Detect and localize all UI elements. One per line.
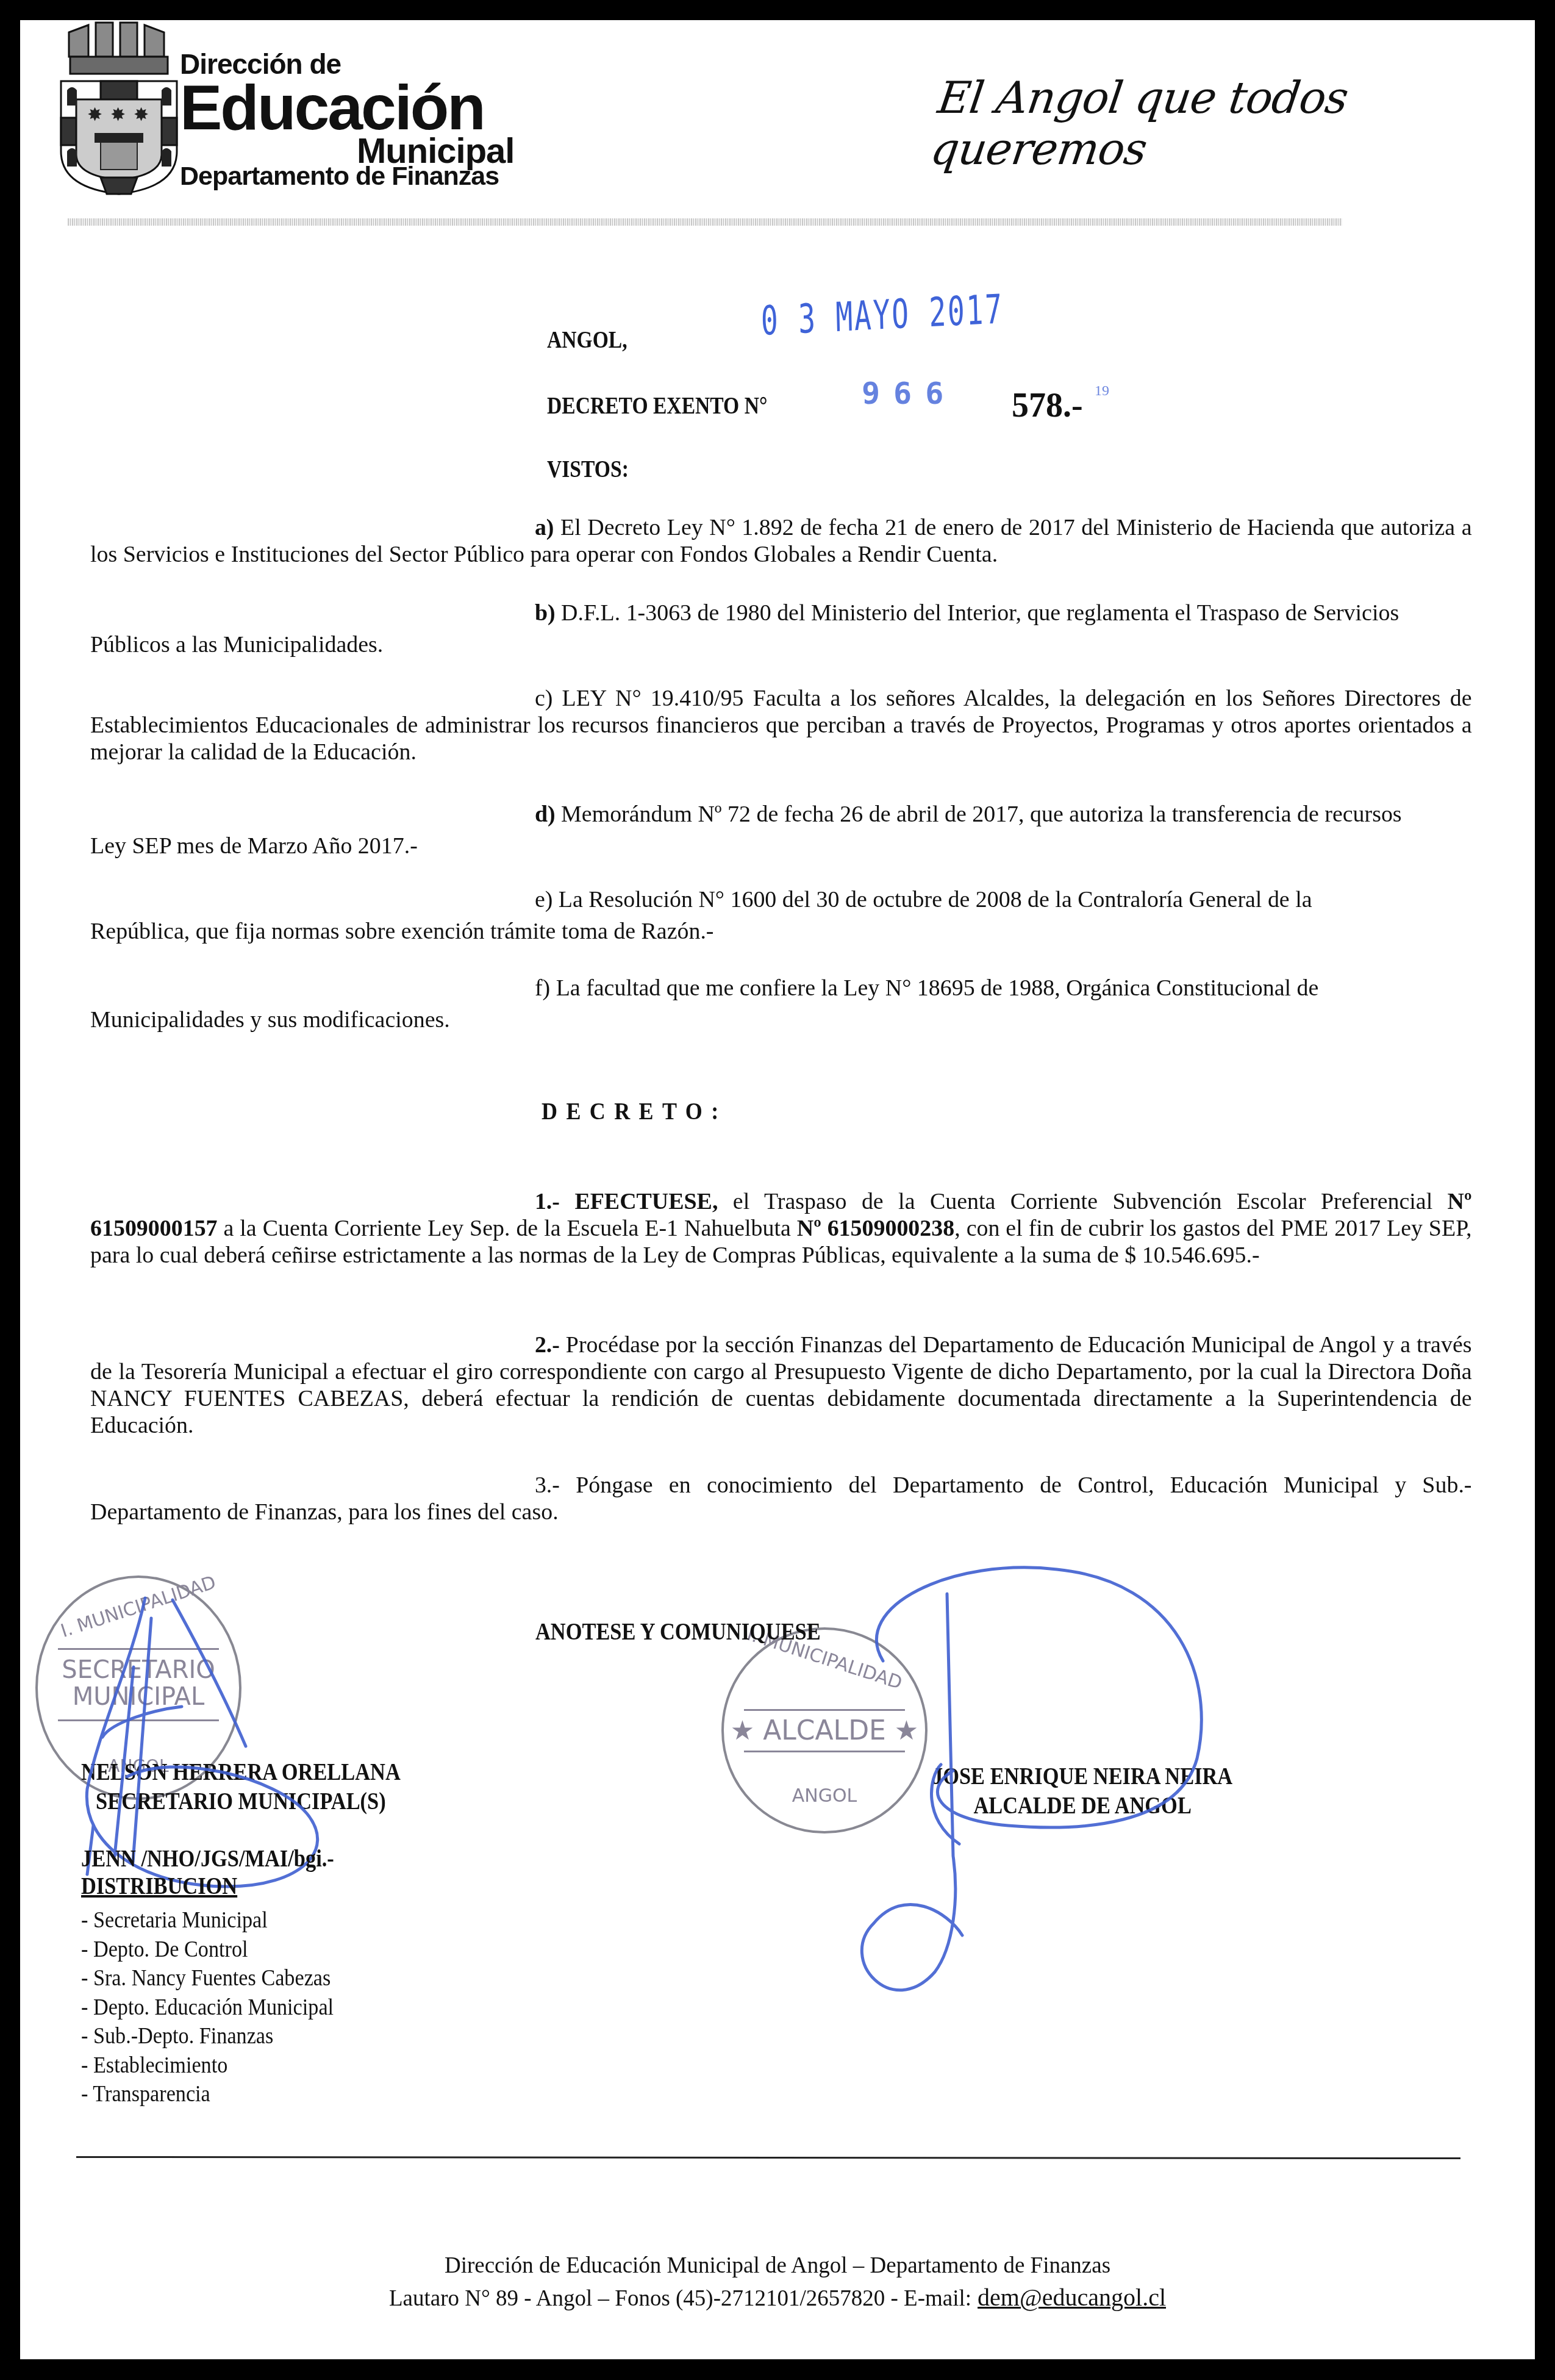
article-3: 3.- Póngase en conocimiento del Departam…	[90, 1472, 1472, 1525]
reference-initials: JENN /NHO/JGS/MAI/bgi.-	[81, 1844, 334, 1873]
visto-b: b) D.F.L. 1-3063 de 1980 del Ministerio …	[90, 600, 1472, 658]
mayor-signature-block: JOSE ENRIQUE NEIRA NEIRA ALCALDE DE ANGO…	[932, 1762, 1232, 1820]
header-divider	[68, 218, 1342, 226]
vistos-heading: VISTOS:	[547, 454, 629, 483]
org-name-line2: Educación	[180, 76, 484, 140]
mayor-seal: I. MUNICIPALIDAD ★ ALCALDE ★ ANGOL	[721, 1627, 928, 1833]
list-item: - Secretaria Municipal	[81, 1906, 334, 1935]
handwritten-mark: 19	[1095, 383, 1109, 400]
article-2: 2.- Procédase por la sección Finanzas de…	[90, 1332, 1472, 1439]
footer-org: Dirección de Educación Municipal de Ango…	[20, 2253, 1535, 2279]
list-item: - Depto. De Control	[81, 1935, 334, 1965]
city-label: ANGOL,	[547, 325, 627, 354]
footer-divider	[76, 2156, 1460, 2159]
visto-e: e) La Resolución N° 1600 del 30 de octub…	[90, 886, 1472, 945]
footer-contact: Lautaro N° 89 - Angol – Fonos (45)-27121…	[20, 2283, 1535, 2312]
article-1: 1.- EFECTUESE, el Traspaso de la Cuenta …	[90, 1188, 1472, 1269]
svg-text:✸: ✸	[134, 104, 149, 126]
svg-text:✸: ✸	[87, 104, 102, 126]
footer-address: Lautaro N° 89 - Angol – Fonos (45)-27121…	[389, 2286, 971, 2311]
stamp-number: 966	[862, 376, 957, 411]
visto-a: a) El Decreto Ley N° 1.892 de fecha 21 d…	[90, 514, 1472, 568]
list-item: - Depto. Educación Municipal	[81, 1993, 334, 2023]
decreto-heading: DECRETO:	[542, 1097, 727, 1125]
list-item: - Transparencia	[81, 2080, 334, 2109]
svg-text:✸: ✸	[110, 104, 126, 126]
visto-f: f) La facultad que me confiere la Ley N°…	[90, 975, 1472, 1033]
visto-c: c) LEY N° 19.410/95 Faculta a los señore…	[90, 685, 1472, 765]
footer-email-link[interactable]: dem@educangol.cl	[978, 2284, 1166, 2311]
distribution-heading: DISTRIBUCION	[81, 1871, 237, 1900]
closing-formula: ANOTESE Y COMUNIQUESE	[535, 1617, 821, 1646]
date-stamp: 0 3 MAYO 2017	[760, 285, 1004, 345]
secretary-title: SECRETARIO MUNICIPAL(S)	[81, 1787, 401, 1816]
coat-of-arms-icon: ✸ ✸ ✸	[52, 20, 186, 197]
decree-page: ✸ ✸ ✸ Dirección de Educación Municipal D…	[20, 20, 1535, 2359]
secretary-signature-block: NELSON HERRERA ORELLANA SECRETARIO MUNIC…	[81, 1757, 401, 1816]
list-item: - Establecimiento	[81, 2051, 334, 2081]
mayor-title: ALCALDE DE ANGOL	[932, 1791, 1232, 1820]
decree-number: 578.-	[1012, 386, 1083, 425]
mayor-name: JOSE ENRIQUE NEIRA NEIRA	[932, 1762, 1232, 1791]
slogan: El Angol que todos queremos	[928, 72, 1542, 174]
decree-label: DECRETO EXENTO N°	[547, 391, 767, 420]
department-name: Departamento de Finanzas	[180, 163, 499, 190]
list-item: - Sub.-Depto. Finanzas	[81, 2022, 334, 2051]
visto-d: d) Memorándum Nº 72 de fecha 26 de abril…	[90, 801, 1472, 859]
distribution-list: - Secretaria Municipal - Depto. De Contr…	[81, 1906, 334, 2109]
secretary-name: NELSON HERRERA ORELLANA	[81, 1757, 401, 1787]
list-item: - Sra. Nancy Fuentes Cabezas	[81, 1964, 334, 1993]
